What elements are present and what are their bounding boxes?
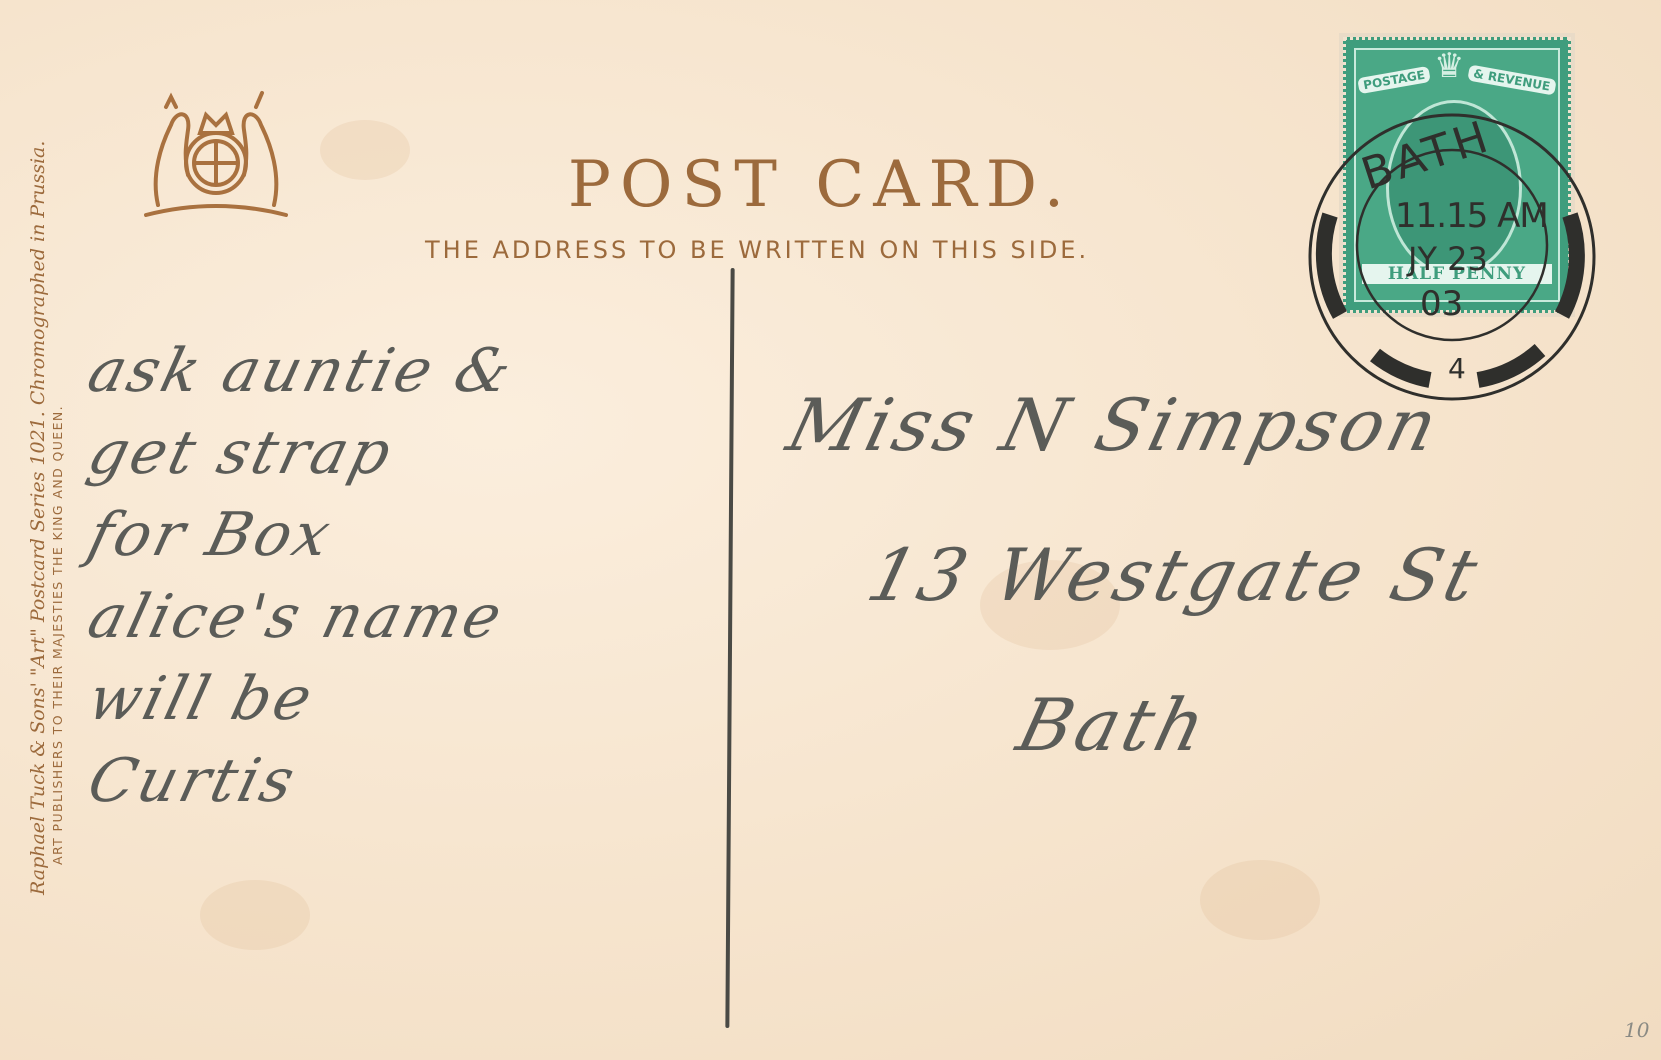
address-street: 13 Westgate St [771, 500, 1497, 650]
postmark-date: JY 23 [1408, 240, 1488, 278]
message-line: Curtis [80, 740, 523, 822]
postmark-year: 03 [1420, 284, 1463, 324]
address-town: Bath [771, 650, 1497, 800]
paper-stain [1200, 860, 1320, 940]
message-line: get strap [80, 412, 523, 494]
handwritten-message: ask auntie & get strap for Box alice's n… [90, 330, 512, 822]
postcard-back: POST CARD. THE ADDRESS TO BE WRITTEN ON … [0, 0, 1661, 1060]
publisher-imprint: Raphael Tuck & Sons' "Art" Postcard Seri… [26, 141, 66, 895]
message-line: will be [80, 658, 523, 740]
handwritten-address: Miss N Simpson 13 Westgate St Bath [790, 350, 1479, 800]
message-line: for Box [80, 494, 523, 576]
postmark-office-number: 4 [1448, 352, 1466, 385]
address-instruction: THE ADDRESS TO BE WRITTEN ON THIS SIDE. [425, 236, 1265, 264]
message-line: ask auntie & [80, 330, 523, 412]
pencil-corner-mark: 10 [1624, 1018, 1649, 1042]
message-address-divider [725, 268, 734, 1028]
publisher-warrant: ART PUBLISHERS TO THEIR MAJESTIES THE KI… [50, 141, 66, 895]
message-line: alice's name [80, 576, 523, 658]
postmark-time: 11.15 AM [1395, 196, 1548, 236]
paper-stain [200, 880, 310, 950]
crown-icon: ♛ [1434, 46, 1464, 86]
publisher-name: Raphael Tuck & Sons' "Art" Postcard Seri… [26, 141, 50, 895]
